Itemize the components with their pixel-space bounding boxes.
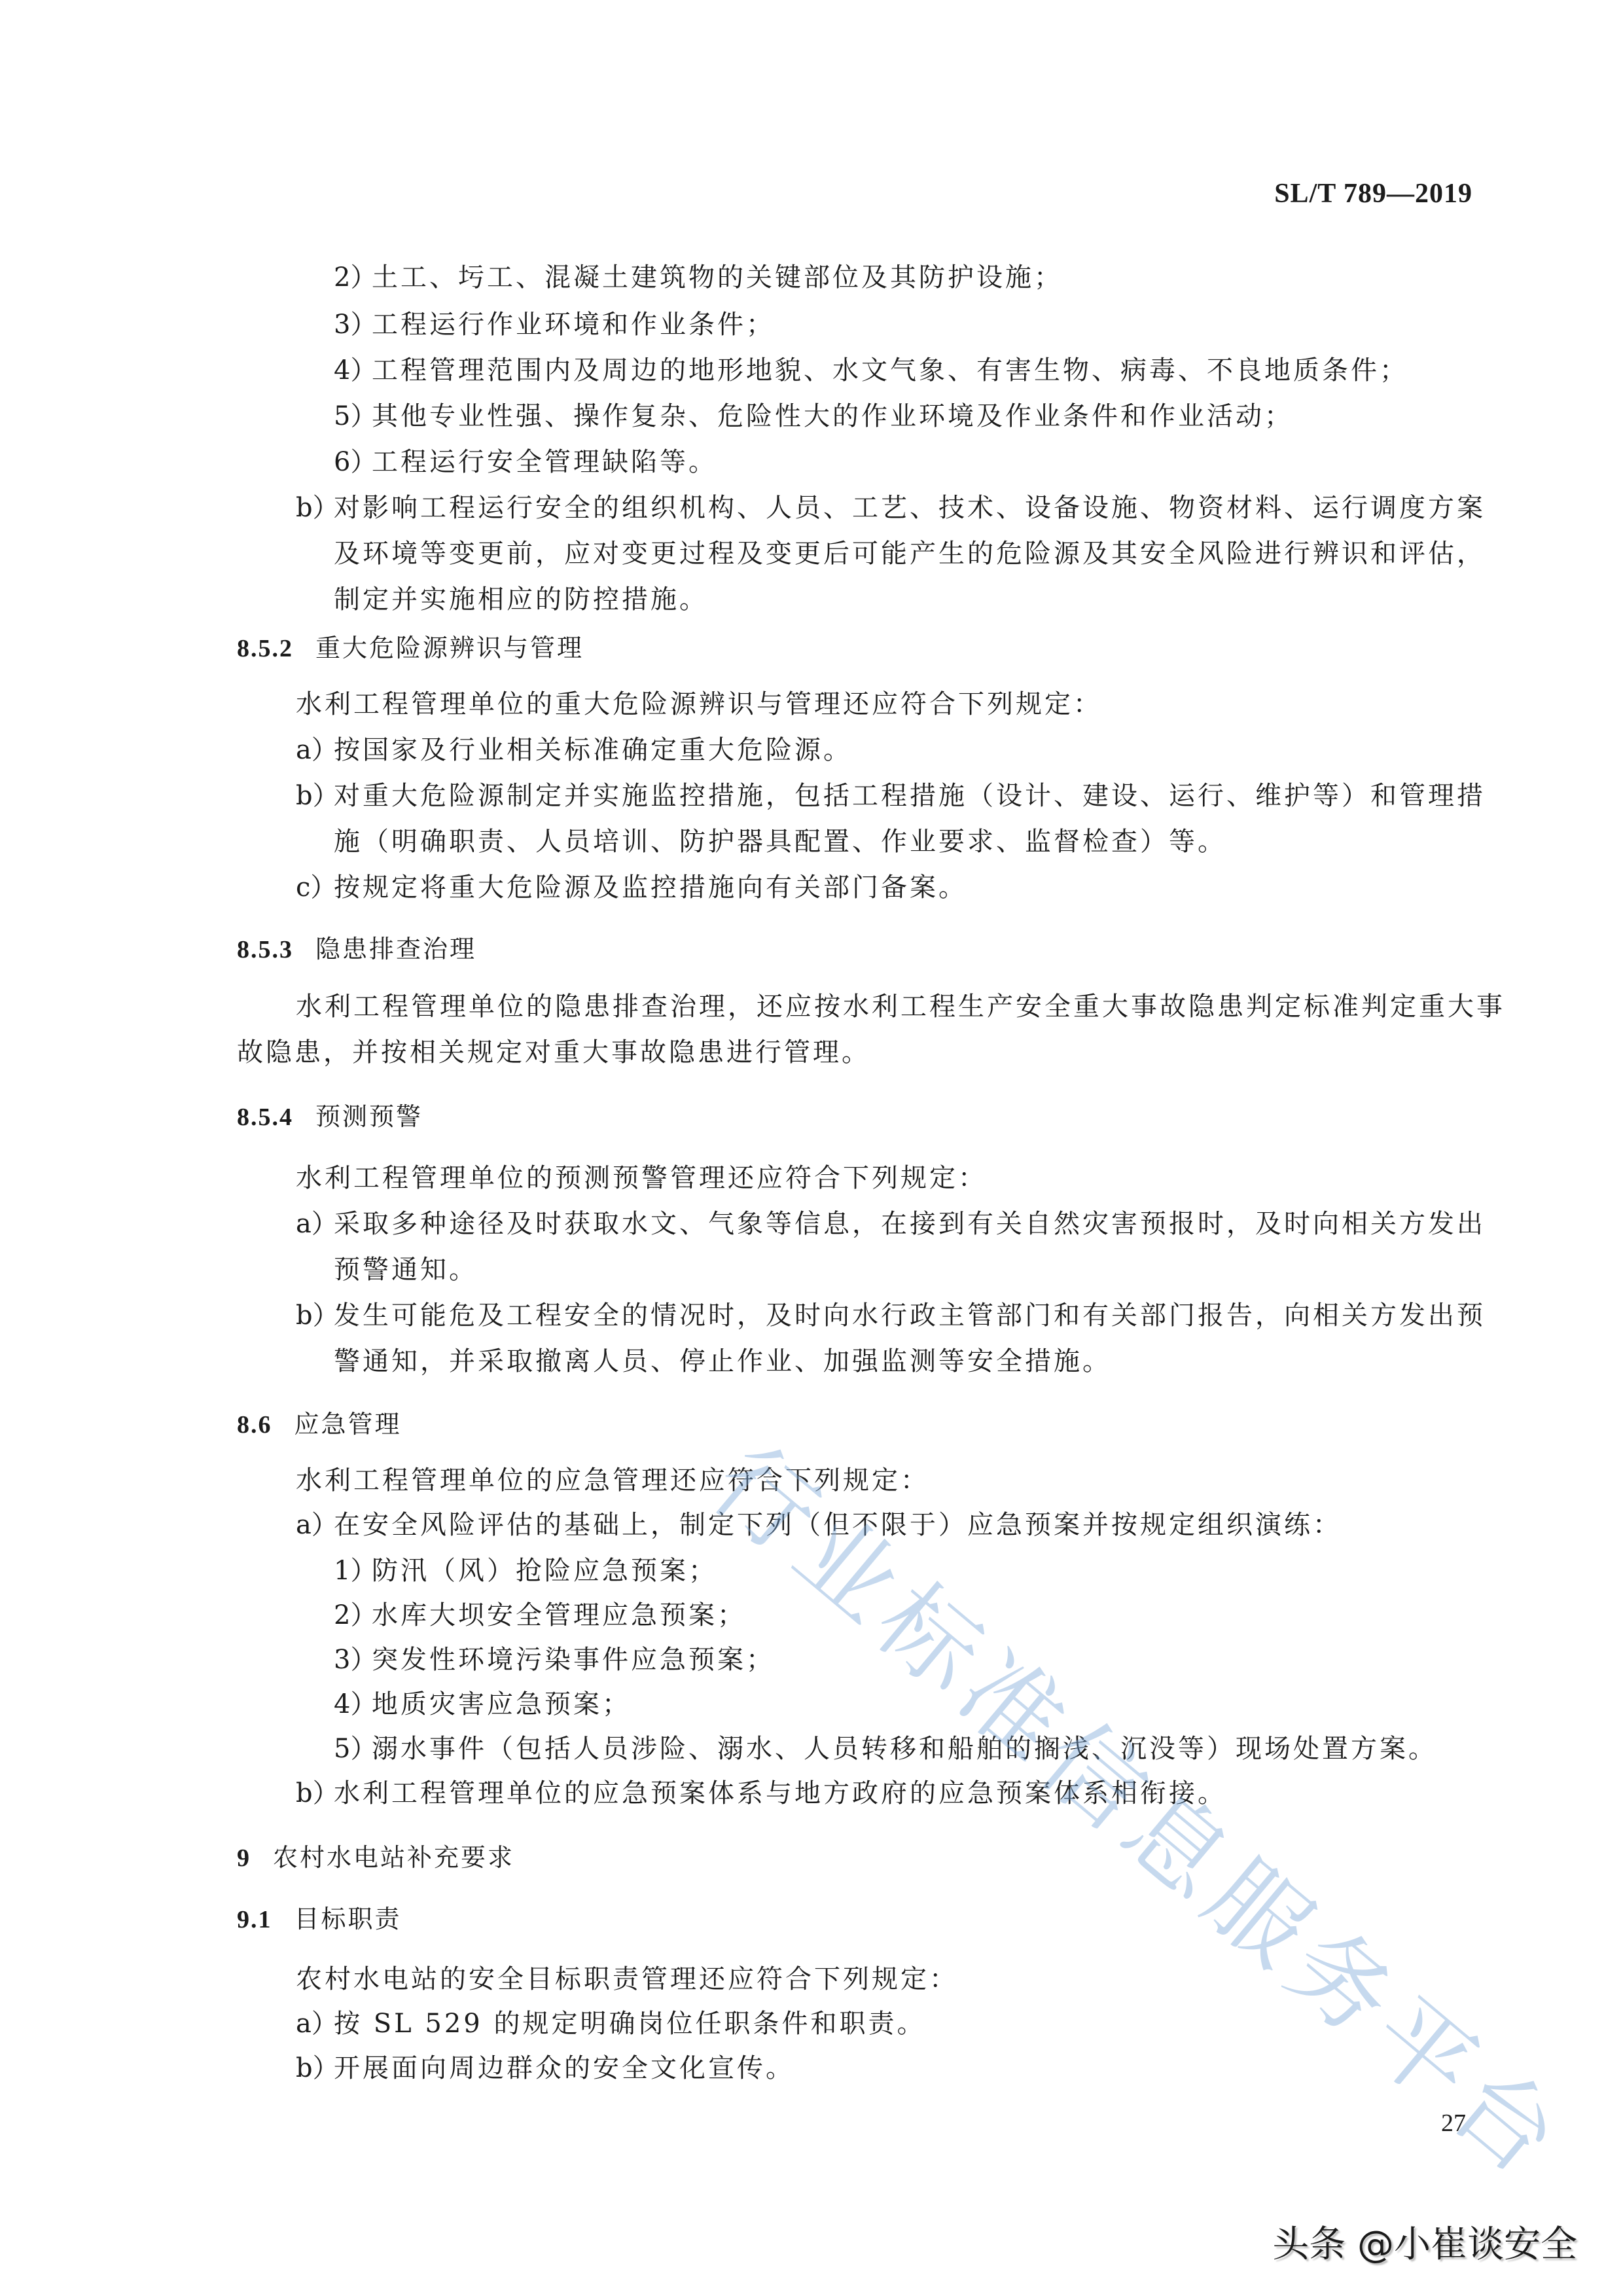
list-item: 3）工程运行作业环境和作业条件； [334, 309, 775, 340]
list-item: 4）工程管理范围内及周边的地形地貌、水文气象、有害生物、病毒、不良地质条件； [334, 355, 1408, 386]
section-heading-8-6: 8.6应急管理 [237, 1408, 402, 1441]
paragraph: 水利工程管理单位的隐患排查治理，还应按水利工程生产安全重大事故隐患判定标准判定重… [296, 991, 1505, 1022]
list-item-b: b）对影响工程运行安全的组织机构、人员、工艺、技术、设备设施、物资材料、运行调度… [296, 492, 1486, 524]
list-item: 5）其他专业性强、操作复杂、危险性大的作业环境及作业条件和作业活动； [334, 401, 1293, 432]
sub-list-item: 1）防汛（风）抢险应急预案； [334, 1555, 717, 1587]
section-heading-8-5-4: 8.5.4预测预警 [237, 1101, 423, 1133]
sub-list-item: 3）突发性环境污染事件应急预案； [334, 1644, 775, 1676]
list-item-continuation: 制定并实施相应的防控措施。 [334, 584, 708, 615]
list-item-continuation: 警通知，并采取撤离人员、停止作业、加强监测等安全措施。 [334, 1346, 1111, 1377]
list-item: 2）土工、圬工、混凝土建筑物的关键部位及其防护设施； [334, 262, 1063, 293]
section-heading-9-1: 9.1目标职责 [237, 1903, 402, 1935]
section-heading-8-5-3: 8.5.3隐患排查治理 [237, 933, 476, 965]
source-tag: 头条 @小崔谈安全 [1272, 2215, 1577, 2268]
sub-list-item: 5）溺水事件（包括人员涉险、溺水、人员转移和船舶的搁浅、沉没等）现场处置方案。 [334, 1733, 1437, 1765]
list-item-b: b）对重大危险源制定并实施监控措施，包括工程措施（设计、建设、运行、维护等）和管… [296, 780, 1486, 812]
list-item: 6）工程运行安全管理缺陷等。 [334, 446, 717, 478]
list-item-continuation: 预警通知。 [334, 1254, 478, 1285]
sub-list-item: 4）地质灾害应急预案； [334, 1689, 631, 1720]
list-item-c: c）按规定将重大危险源及监控措施向有关部门备案。 [296, 872, 967, 903]
section-heading-8-5-2: 8.5.2重大危险源辨识与管理 [237, 632, 584, 664]
standard-code-header: SL/T 789—2019 [1274, 178, 1472, 209]
document-page: SL/T 789—2019 2）土工、圬工、混凝土建筑物的关键部位及其防护设施；… [0, 0, 1623, 2296]
list-item-b: b）发生可能危及工程安全的情况时，及时向水行政主管部门和有关部门报告，向相关方发… [296, 1300, 1486, 1331]
list-item-b: b）开展面向周边群众的安全文化宣传。 [296, 2053, 794, 2084]
list-item-b: b）水利工程管理单位的应急预案体系与地方政府的应急预案体系相衔接。 [296, 1778, 1226, 1809]
list-item-continuation: 及环境等变更前，应对变更过程及变更后可能产生的危险源及其安全风险进行辨识和评估， [334, 538, 1486, 569]
paragraph-continuation: 故隐患，并按相关规定对重大事故隐患进行管理。 [237, 1037, 870, 1068]
chapter-heading-9: 9农村水电站补充要求 [237, 1842, 514, 1874]
list-item-a: a）按 SL 529 的规定明确岗位任职条件和职责。 [296, 2008, 925, 2039]
paragraph: 水利工程管理单位的应急管理还应符合下列规定： [296, 1465, 929, 1496]
list-item-continuation: 施（明确职责、人员培训、防护器具配置、作业要求、监督检查）等。 [334, 826, 1226, 857]
sub-list-item: 2）水库大坝安全管理应急预案； [334, 1600, 746, 1631]
list-item-a: a）在安全风险评估的基础上，制定下列（但不限于）应急预案并按规定组织演练： [296, 1509, 1342, 1541]
page-number: 27 [1441, 2109, 1466, 2138]
paragraph: 农村水电站的安全目标职责管理还应符合下列规定： [296, 1964, 958, 1995]
list-item-a: a）按国家及行业相关标准确定重大危险源。 [296, 734, 852, 766]
list-item-a: a）采取多种途径及时获取水文、气象等信息，在接到有关自然灾害预报时，及时向相关方… [296, 1208, 1486, 1240]
paragraph: 水利工程管理单位的重大危险源辨识与管理还应符合下列规定： [296, 689, 1102, 720]
paragraph: 水利工程管理单位的预测预警管理还应符合下列规定： [296, 1162, 987, 1194]
